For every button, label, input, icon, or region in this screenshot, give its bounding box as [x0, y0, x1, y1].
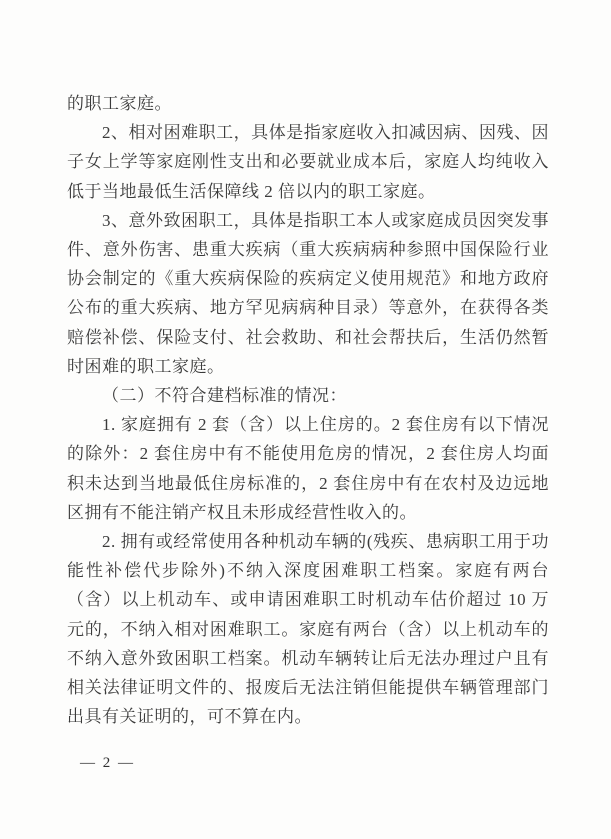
section-heading-2-nonconforming-cases: （二）不符合建档标准的情况： [67, 381, 549, 410]
page-number: — 2 — [80, 755, 135, 772]
document-page: 的职工家庭。 2、相对困难职工，具体是指家庭收入扣减因病、因残、因子女上学等家庭… [0, 0, 611, 839]
paragraph-rule-2-vehicles: 2. 拥有或经常使用各种机动车辆的(残疾、患病职工用于功能性补偿代步除外)不纳入… [67, 527, 549, 731]
document-body: 的职工家庭。 2、相对困难职工，具体是指家庭收入扣减因病、因残、因子女上学等家庭… [67, 89, 549, 731]
paragraph-item-2-relative-difficulty: 2、相对困难职工，具体是指家庭收入扣减因病、因残、因子女上学等家庭刚性支出和必要… [67, 118, 549, 206]
paragraph-continuation: 的职工家庭。 [67, 89, 549, 118]
paragraph-rule-1-housing: 1. 家庭拥有 2 套（含）以上住房的。2 套住房有以下情况的除外：2 套住房中… [67, 410, 549, 527]
paragraph-item-3-accident-difficulty: 3、意外致困职工，具体是指职工本人或家庭成员因突发事件、意外伤害、患重大疾病（重… [67, 206, 549, 381]
